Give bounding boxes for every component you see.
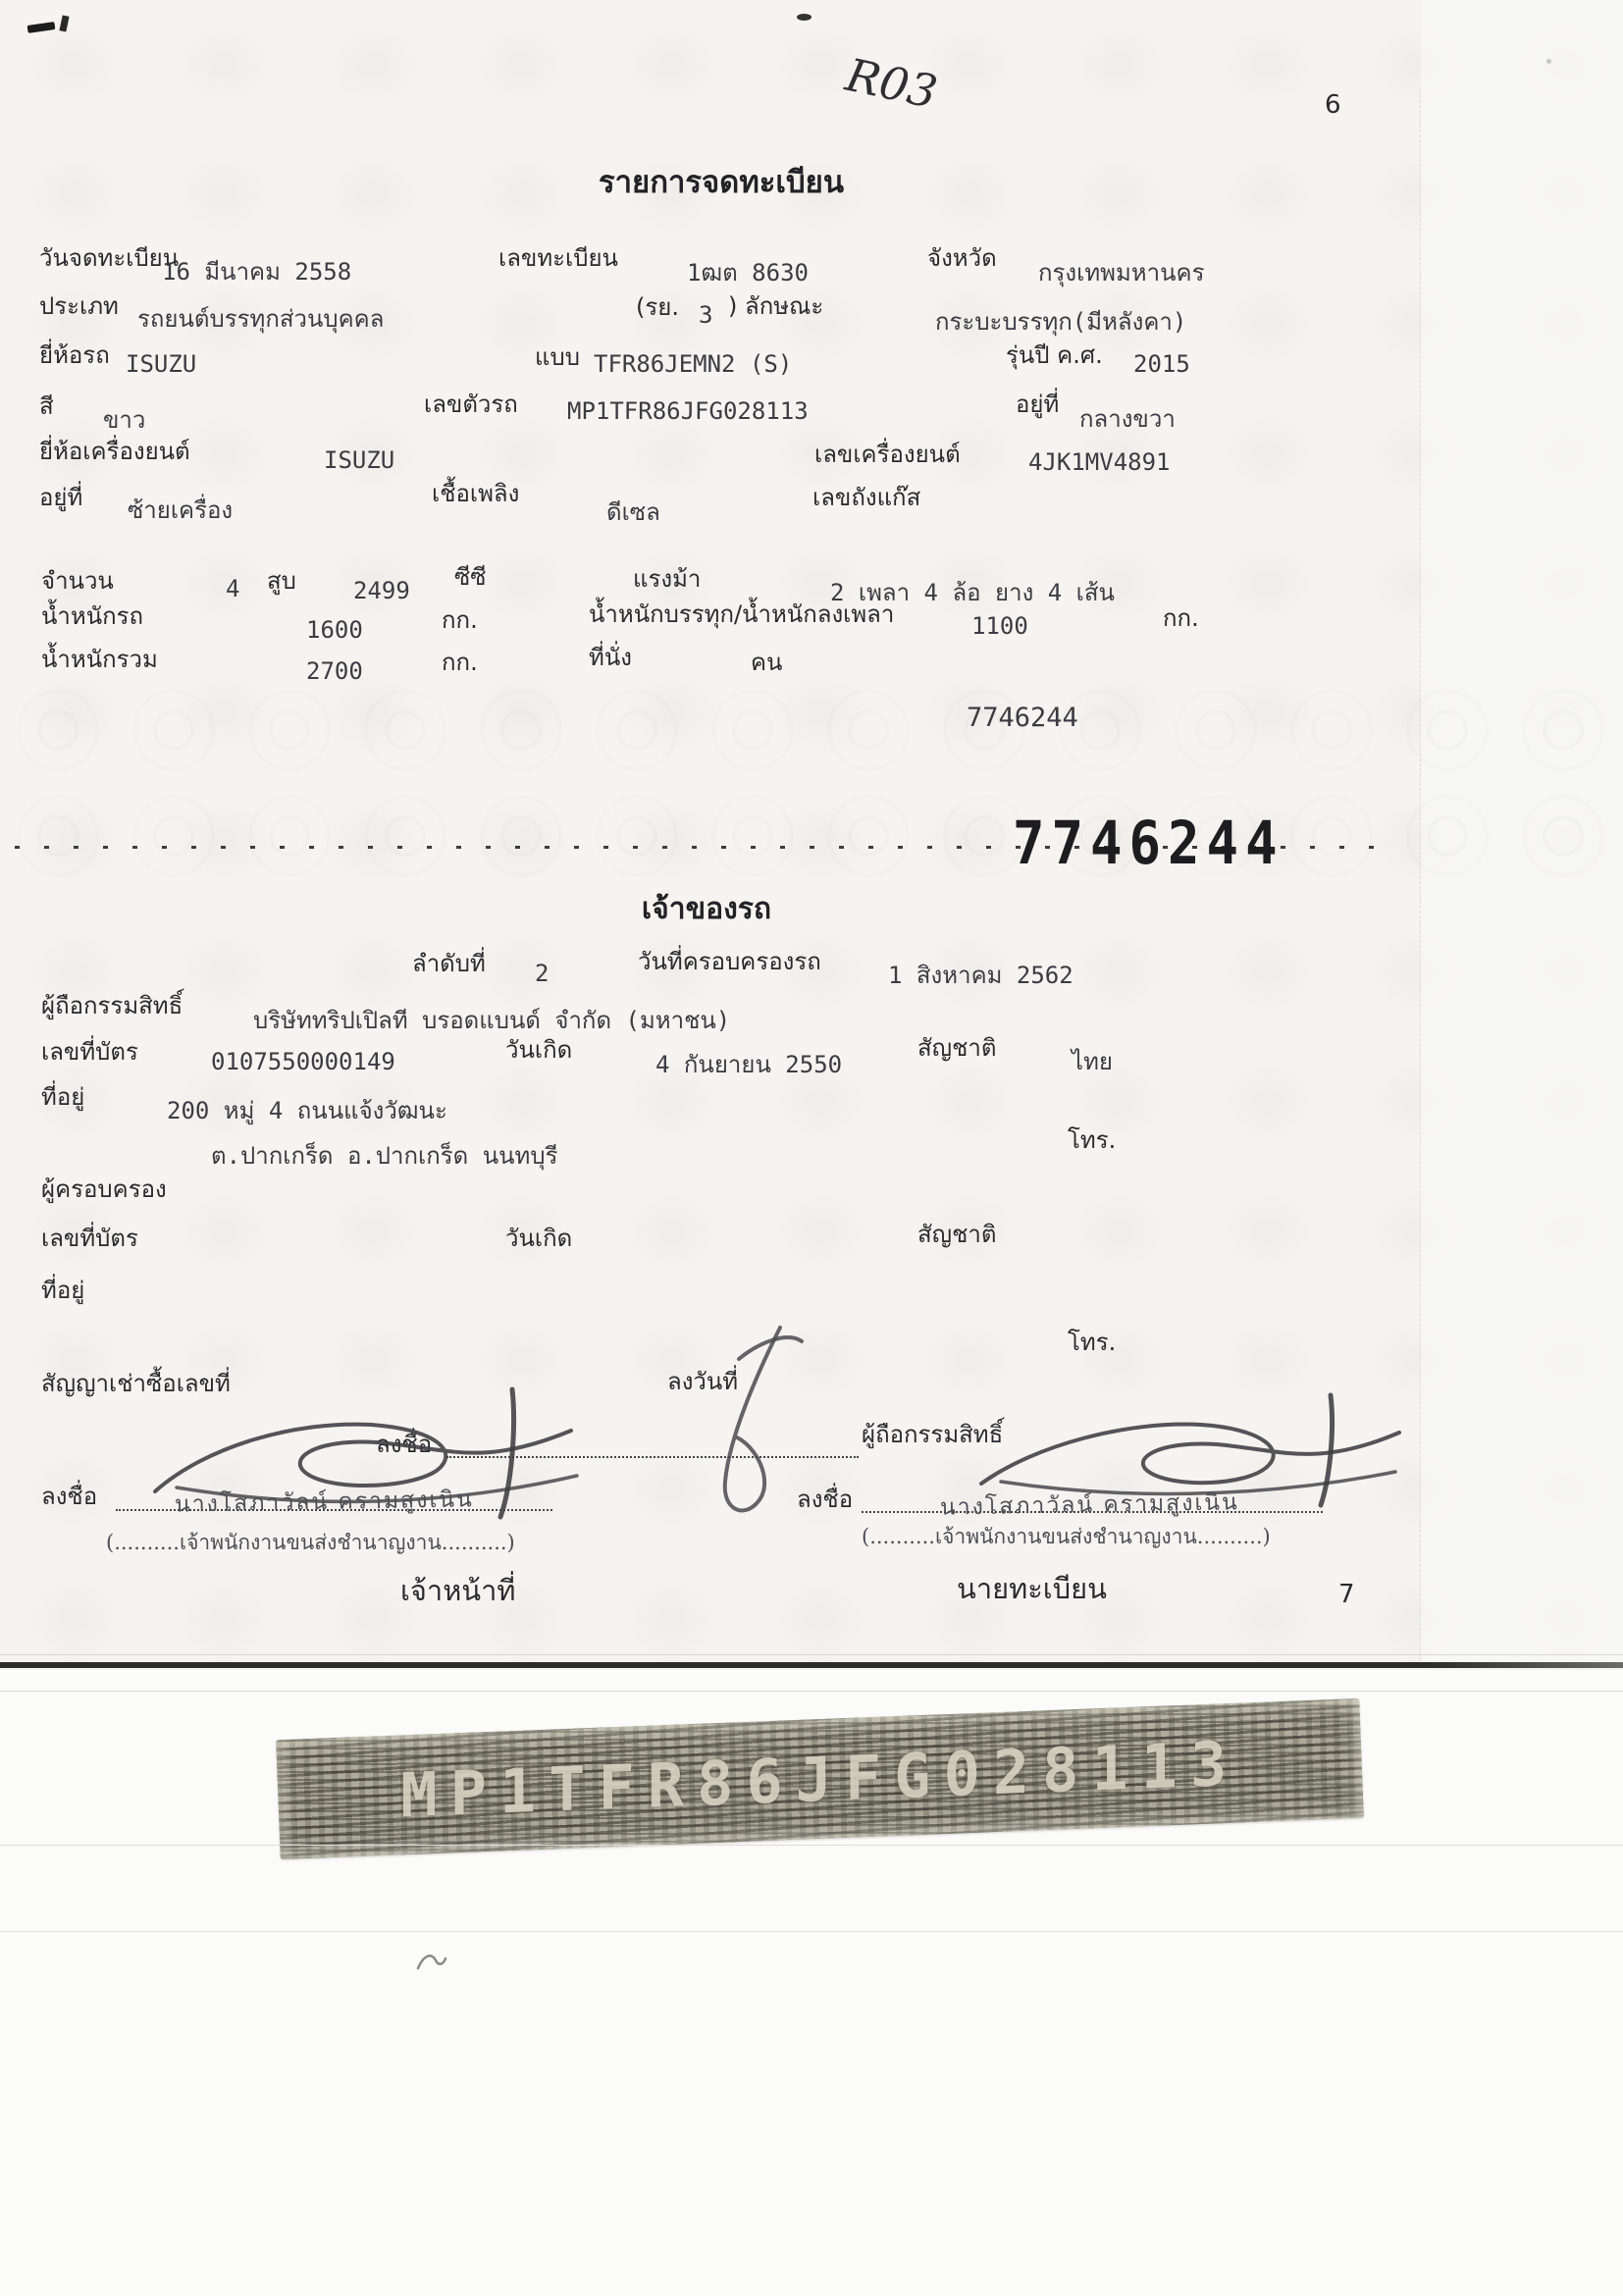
field-value-vehicle-type: รถยนต์บรรทุกส่วนบุคคล	[137, 299, 384, 338]
field-label-gross-weight: น้ำหนักรวม	[41, 640, 158, 678]
field-label-seats: ที่นั่ง	[589, 638, 632, 676]
document-number-small: 7746244	[967, 703, 1078, 733]
scan-artifact	[797, 14, 811, 21]
field-label-possession-date: วันที่ครอบครองรถ	[638, 942, 821, 980]
field-label-ry-open: (รย.	[636, 287, 679, 326]
field-label-curb-weight: น้ำหนักรถ	[41, 597, 143, 635]
page-number-bottom: 7	[1338, 1580, 1355, 1609]
field-label-chassis-number: เลขตัวรถ	[424, 385, 518, 423]
field-label-fuel: เชื้อเพลิง	[432, 474, 519, 512]
field-value-chassis-number: MP1TFR86JFG028113	[567, 397, 809, 425]
field-value-province: กรุงเทพมหานคร	[1038, 253, 1204, 291]
field-value-address-line1: 200 หมู่ 4 ถนนแจ้งวัฒนะ	[167, 1091, 447, 1129]
stamped-name-left: นางโสภาวัลน์ ครามสูงเนิน	[175, 1482, 474, 1522]
field-label-engine-number: เลขเครื่องยนต์	[814, 435, 961, 473]
scan-line	[0, 1654, 1623, 1655]
field-label-cylinder-unit: สูบ	[267, 561, 296, 600]
page-edge-dashed-line	[1420, 90, 1421, 1660]
field-label-seat-unit: คน	[751, 643, 782, 681]
scan-artifact	[59, 15, 69, 31]
field-label-address-2: ที่อยู่	[41, 1271, 84, 1309]
field-label-nationality: สัญชาติ	[917, 1028, 996, 1067]
field-value-brand: ISUZU	[126, 350, 196, 378]
field-label-engine-location: อยู่ที่	[39, 478, 82, 516]
field-label-count: จำนวน	[41, 561, 114, 600]
field-label-address: ที่อยู่	[41, 1077, 84, 1116]
document-title: รายการจดทะเบียน	[535, 157, 908, 206]
signature-date-flourish	[682, 1320, 810, 1536]
field-label-card-number-2: เลขที่บัตร	[41, 1219, 138, 1257]
watermark-band	[0, 677, 1623, 888]
field-value-model-year: 2015	[1133, 350, 1190, 378]
field-value-model: TFR86JEMN2 (S)	[594, 350, 792, 378]
stamped-role-right: (..........เจ้าพนักงานขนส่งชำนาญงาน.....…	[862, 1521, 1271, 1553]
field-value-birth-date: 4 กันยายน 2550	[655, 1045, 842, 1083]
field-label-tel-2: โทร.	[1068, 1323, 1116, 1361]
field-value-sequence: 2	[535, 960, 549, 987]
field-label-nationality-2: สัญชาติ	[917, 1215, 996, 1253]
field-label-engine-brand: ยี่ห้อเครื่องยนต์	[39, 432, 190, 470]
field-label-model-year: รุ่นปี ค.ศ.	[1006, 336, 1103, 374]
field-value-load-weight: 1100	[971, 612, 1028, 640]
field-label-possessor: ผู้ครอบครอง	[41, 1170, 167, 1208]
field-value-curb-weight: 1600	[306, 616, 363, 644]
field-value-chassis-location: กลางขวา	[1079, 399, 1176, 438]
field-label-load-weight: น้ำหนักบรรทุก/น้ำหนักลงเพลา	[589, 595, 894, 633]
sheet-separator-line	[0, 1662, 1623, 1668]
field-label-tel-1: โทร.	[1068, 1121, 1116, 1159]
field-value-cc: 2499	[353, 577, 410, 604]
registrar-label: นายทะเบียน	[957, 1566, 1107, 1611]
field-label-birth-date: วันเกิด	[505, 1030, 572, 1069]
field-value-owner: บริษัททริปเปิลที บรอดแบนด์ จำกัด (มหาชน)	[253, 1001, 730, 1039]
field-label-sequence: ลำดับที่	[412, 944, 486, 982]
field-label-kg-2: กก.	[1163, 599, 1199, 637]
field-label-cc-unit: ซีซี	[454, 557, 487, 596]
field-label-owner: ผู้ถือกรรมสิทธิ์	[41, 986, 183, 1024]
field-label-birth-date-2: วันเกิด	[505, 1219, 572, 1257]
sign-label-right: ลงชื่อ	[797, 1480, 853, 1518]
scan-line	[0, 1691, 1623, 1692]
owner-section-title: เจ้าของรถ	[550, 886, 864, 932]
field-value-engine-brand: ISUZU	[324, 446, 394, 474]
document-number-stamped: 7746244	[1013, 809, 1284, 878]
page-right-margin	[1421, 0, 1623, 1668]
field-value-address-line2: ต.ปากเกร็ด อ.ปากเกร็ด นนทบุรี	[211, 1136, 557, 1174]
chassis-rubbing-number: MP1TFR86JFG028113	[400, 1727, 1239, 1831]
field-label-kg-1: กก.	[442, 600, 478, 639]
field-label-model: แบบ	[535, 338, 580, 376]
registration-document: R03 6 รายการจดทะเบียน วันจดทะเบียน 16 มี…	[0, 0, 1623, 2296]
field-value-ry: 3	[699, 301, 712, 329]
stamped-role-left: (..........เจ้าพนักงานขนส่งชำนาญงาน.....…	[106, 1527, 515, 1559]
field-value-nationality: ไทย	[1072, 1042, 1113, 1080]
field-label-card-number: เลขที่บัตร	[41, 1032, 138, 1070]
field-value-possession-date: 1 สิงหาคม 2562	[888, 956, 1073, 994]
field-value-engine-location: ซ้ายเครื่อง	[128, 491, 233, 529]
scan-line	[0, 1845, 1623, 1846]
field-label-kg-3: กก.	[442, 643, 478, 681]
field-label-horsepower: แรงม้า	[633, 559, 701, 598]
pencil-mark	[414, 1951, 447, 1974]
field-value-registration-date: 16 มีนาคม 2558	[162, 252, 351, 290]
field-label-gas-tank-number: เลขถังแก๊ส	[812, 478, 920, 516]
scan-line	[0, 1931, 1623, 1932]
sign-label-left: ลงชื่อ	[41, 1477, 97, 1515]
scan-artifact	[27, 22, 56, 33]
field-value-fuel: ดีเซล	[606, 493, 660, 531]
field-label-color: สี	[39, 387, 54, 425]
field-label-plate-number: เลขทะเบียน	[498, 238, 618, 277]
field-label-province: จังหวัด	[927, 238, 997, 277]
field-value-card-number: 0107550000149	[211, 1048, 395, 1075]
field-value-engine-number: 4JK1MV4891	[1028, 448, 1171, 476]
field-label-brand: ยี่ห้อรถ	[39, 336, 110, 374]
handwritten-note: R03	[841, 48, 941, 119]
field-label-chassis-location: อยู่ที่	[1016, 385, 1059, 423]
field-value-gross-weight: 2700	[306, 657, 363, 685]
stamped-name-right: นางโสภาวัลน์ ครามสูงเนิน	[940, 1485, 1239, 1525]
field-label-registration-date: วันจดทะเบียน	[39, 238, 179, 277]
field-label-characteristic: ) ลักษณะ	[728, 287, 823, 325]
field-label-vehicle-type: ประเภท	[39, 287, 119, 325]
field-value-cylinders: 4	[226, 575, 239, 602]
officer-label: เจ้าหน้าที่	[400, 1568, 516, 1613]
page-number-top: 6	[1325, 90, 1341, 120]
